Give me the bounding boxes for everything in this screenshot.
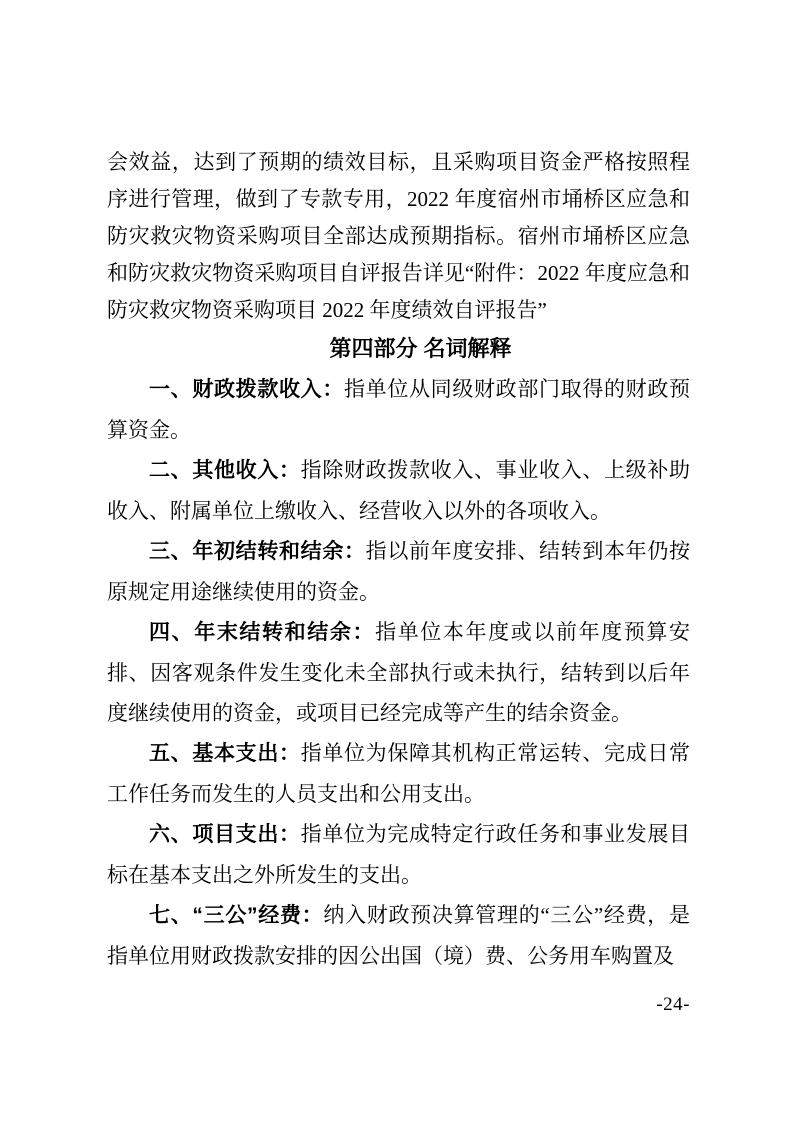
page-content: 会效益，达到了预期的绩效目标，且采购项目资金严格按照程序进行管理，做到了专款专用… xyxy=(107,144,690,976)
definition-paragraph-2: 二、其他收入：指除财政拨款收入、事业收入、上级补助收入、附属单位上缴收入、经营收… xyxy=(107,450,690,531)
document-page: 会效益，达到了预期的绩效目标，且采购项目资金严格按照程序进行管理，做到了专款专用… xyxy=(0,0,793,1122)
definition-term: 二、其他收入： xyxy=(149,459,301,482)
definition-paragraph-6: 六、项目支出：指单位为完成特定行政任务和事业发展目标在基本支出之外所发生的支出。 xyxy=(107,814,690,895)
definition-paragraph-3: 三、年初结转和结余：指以前年度安排、结转到本年仍按原规定用途继续使用的资金。 xyxy=(107,531,690,612)
definition-term: 一、财政拨款收入： xyxy=(149,378,344,401)
definition-term: 三、年初结转和结余： xyxy=(149,540,366,563)
definition-term: 六、项目支出： xyxy=(149,823,301,846)
definition-term: 四、年末结转和结余： xyxy=(149,621,375,644)
section-heading: 第四部分 名词解释 xyxy=(107,329,690,369)
definition-paragraph-5: 五、基本支出：指单位为保障其机构正常运转、完成日常工作任务而发生的人员支出和公用… xyxy=(107,733,690,814)
intro-paragraph: 会效益，达到了预期的绩效目标，且采购项目资金严格按照程序进行管理，做到了专款专用… xyxy=(107,144,690,329)
page-number: -24- xyxy=(656,995,690,1014)
definition-term: 五、基本支出： xyxy=(149,742,301,765)
definition-term: 七、“三公”经费： xyxy=(149,904,323,927)
definition-paragraph-1: 一、财政拨款收入：指单位从同级财政部门取得的财政预算资金。 xyxy=(107,369,690,450)
definition-paragraph-4: 四、年末结转和结余：指单位本年度或以前年度预算安排、因客观条件发生变化未全部执行… xyxy=(107,612,690,733)
definition-paragraph-7: 七、“三公”经费：纳入财政预决算管理的“三公”经费，是指单位用财政拨款安排的因公… xyxy=(107,895,690,976)
